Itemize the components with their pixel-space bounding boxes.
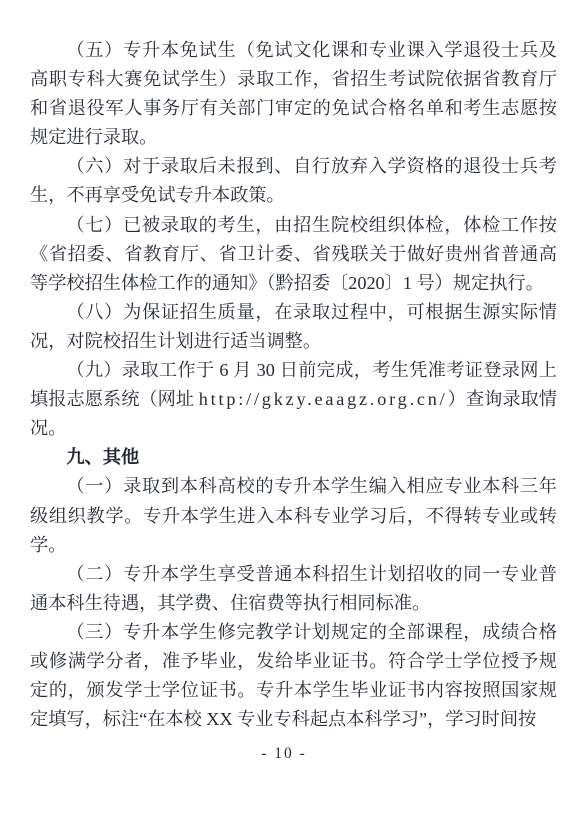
page-number: - 10 - [0, 744, 568, 764]
document-page: （五）专升本免试生（免试文化课和专业课入学退役士兵及高职专科大赛免试学生）录取工… [0, 0, 568, 817]
section-heading-nine-other: 九、其他 [30, 443, 557, 472]
paragraph-item-3: （三）专升本学生修完教学计划规定的全部课程，成绩合格或修满学分者，准予毕业，发给… [30, 618, 557, 734]
document-body: （五）专升本免试生（免试文化课和专业课入学退役士兵及高职专科大赛免试学生）录取工… [30, 36, 557, 734]
paragraph-item-2: （二）专升本学生享受普通本科招生计划招收的同一专业普通本科生待遇，其学费、住宿费… [30, 560, 557, 618]
paragraph-item-1: （一）录取到本科高校的专升本学生编入相应专业本科三年级组织教学。专升本学生进入本… [30, 472, 557, 559]
volunteer-system-url: http://gkzy.eaagz.org.cn/ [199, 389, 448, 409]
paragraph-item-6: （六）对于录取后未报到、自行放弃入学资格的退役士兵考生，不再享受免试专升本政策。 [30, 152, 557, 210]
paragraph-item-8: （八）为保证招生质量，在录取过程中，可根据生源实际情况，对院校招生计划进行适当调… [30, 298, 557, 356]
paragraph-item-7: （七）已被录取的考生，由招生院校组织体检，体检工作按《省招委、省教育厅、省卫计委… [30, 211, 557, 298]
paragraph-item-9: （九）录取工作于 6 月 30 日前完成，考生凭准考证登录网上填报志愿系统（网址… [30, 356, 557, 443]
paragraph-item-5: （五）专升本免试生（免试文化课和专业课入学退役士兵及高职专科大赛免试学生）录取工… [30, 36, 557, 152]
